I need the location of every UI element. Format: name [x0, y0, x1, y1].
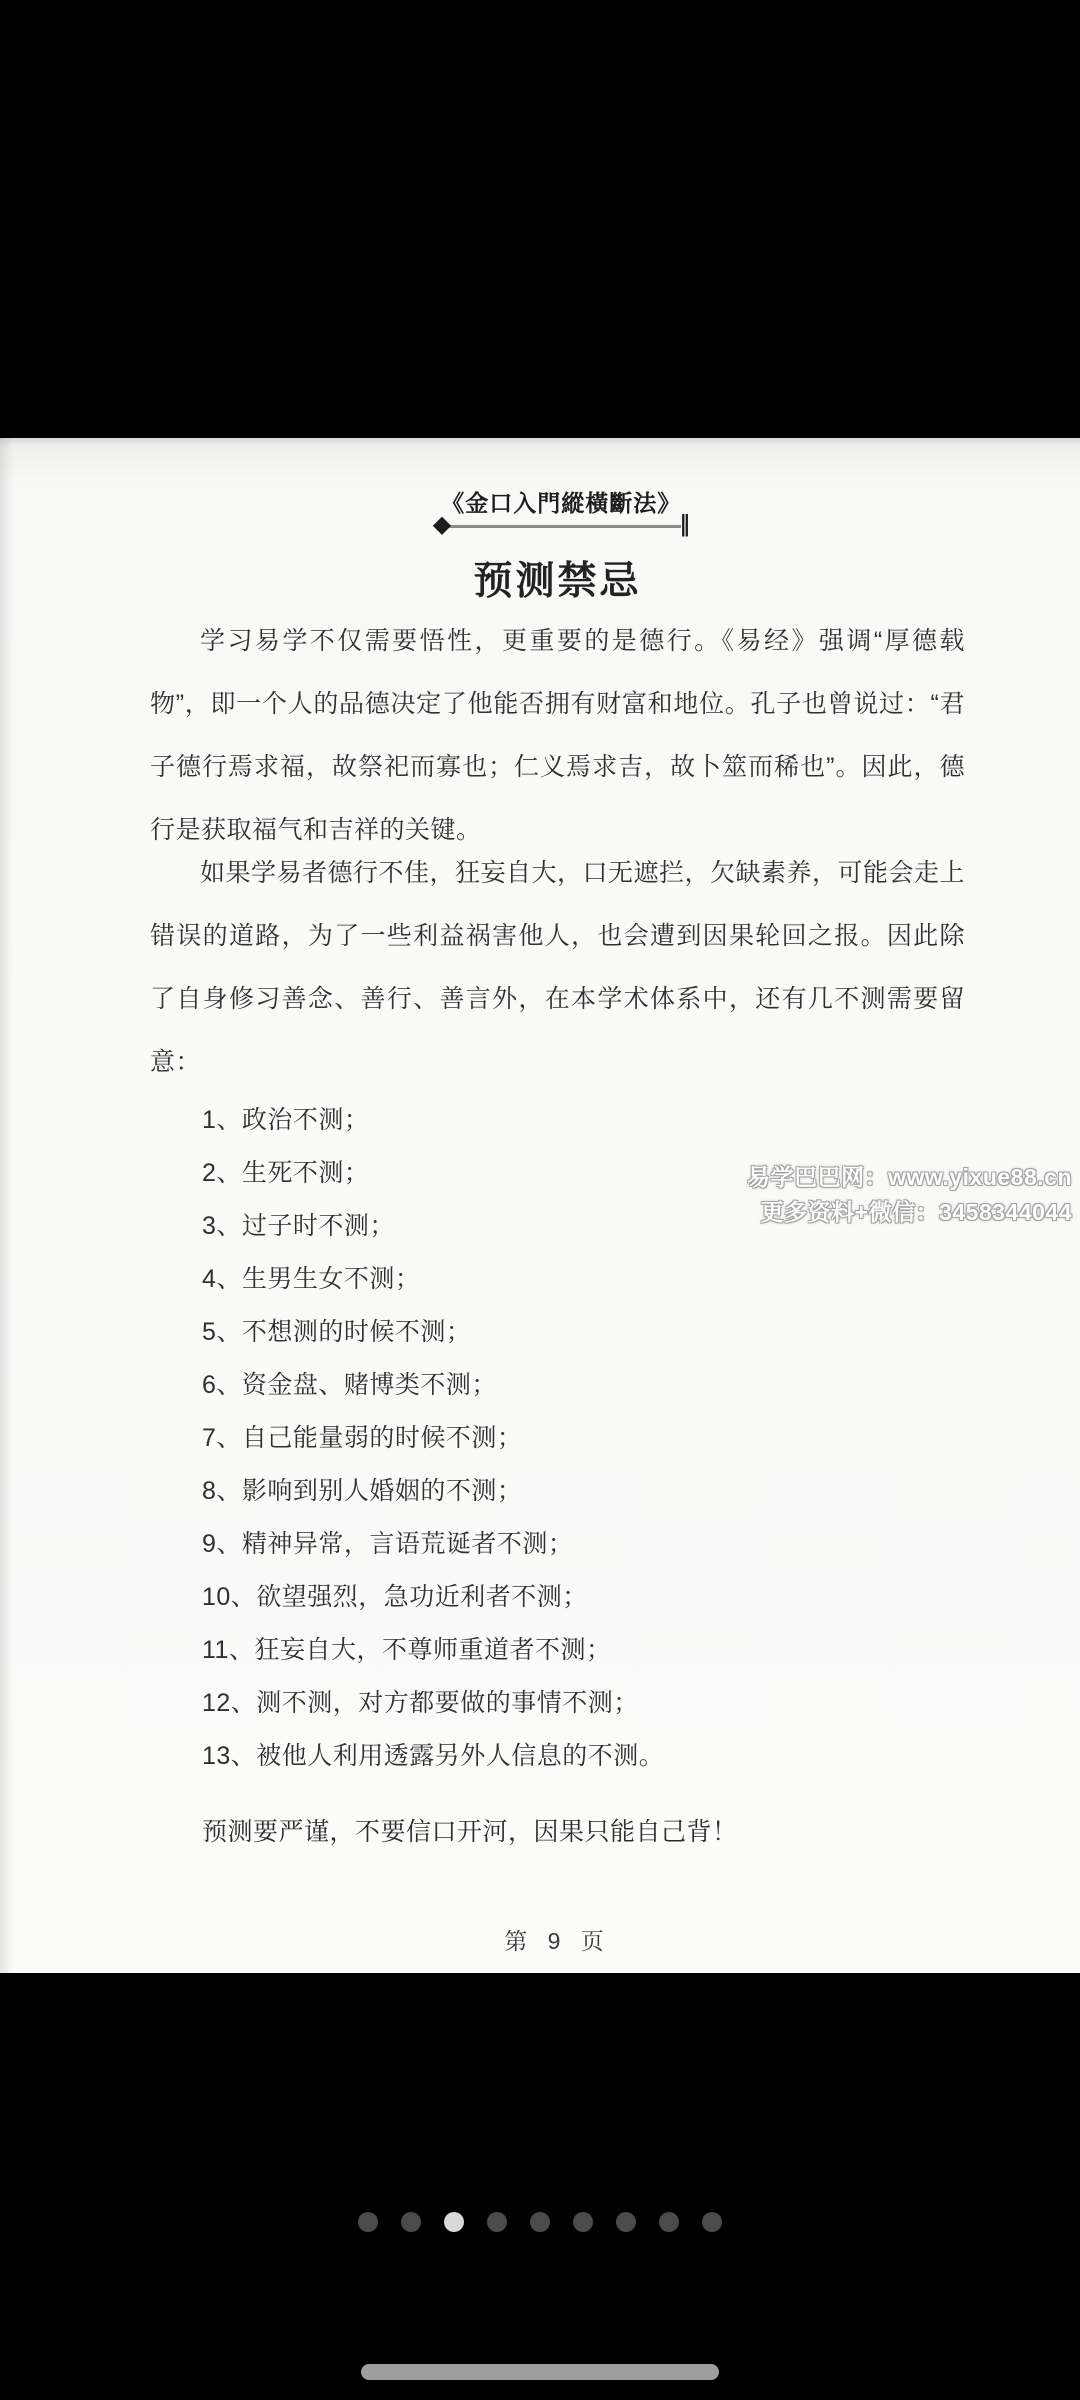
taboo-list-item: 13、被他人利用透露另外人信息的不测。: [202, 1730, 965, 1783]
book-header: ◆ 《金口入門縱橫斷法》 ‖: [150, 464, 965, 528]
home-indicator[interactable]: [361, 2364, 719, 2380]
taboo-list-item: 5、不想测的时候不测；: [202, 1306, 965, 1359]
pager-dot[interactable]: [659, 2212, 679, 2232]
reader-screen: ◆ 《金口入門縱橫斷法》 ‖ 预测禁忌 学习易学不仅需要悟性，更重要的是德行。《…: [0, 0, 1080, 2400]
page-indicator-dots: [0, 2212, 1080, 2232]
taboo-list-item: 9、精神异常，言语荒诞者不测；: [202, 1518, 965, 1571]
paragraph: 学习易学不仅需要悟性，更重要的是德行。《易经》强调“厚德载物”，即一个人的品德决…: [150, 610, 965, 862]
page-number: 第 9 页: [150, 1923, 965, 1956]
pager-dot[interactable]: [573, 2212, 593, 2232]
pager-dot[interactable]: [702, 2212, 722, 2232]
pager-dot[interactable]: [530, 2212, 550, 2232]
pager-dot[interactable]: [444, 2212, 464, 2232]
pager-dot[interactable]: [616, 2212, 636, 2232]
double-bar-ornament-icon: ‖: [679, 511, 690, 537]
taboo-list-item: 7、自己能量弱的时候不测；: [202, 1412, 965, 1465]
phone-screen: { "header": { "book_title": "《金口入門縱橫斷法》"…: [0, 0, 1080, 2400]
book-title: 《金口入門縱橫斷法》: [441, 485, 681, 528]
taboo-list-item: 2、生死不测；: [202, 1147, 965, 1200]
taboo-list-item: 1、政治不测；: [202, 1094, 965, 1147]
document-page[interactable]: ◆ 《金口入門縱橫斷法》 ‖ 预测禁忌 学习易学不仅需要悟性，更重要的是德行。《…: [0, 438, 1080, 1973]
pager-dot[interactable]: [401, 2212, 421, 2232]
taboo-list-item: 3、过子时不测；: [202, 1200, 965, 1253]
pager-dot[interactable]: [487, 2212, 507, 2232]
taboo-list-item: 4、生男生女不测；: [202, 1253, 965, 1306]
taboo-list-item: 6、资金盘、赌博类不测；: [202, 1359, 965, 1412]
paragraph: 如果学易者德行不佳，狂妄自大，口无遮拦，欠缺素养，可能会走上错误的道路，为了一些…: [150, 842, 965, 1094]
diamond-ornament-icon: ◆: [433, 510, 451, 538]
taboo-list-item: 11、狂妄自大，不尊师重道者不测；: [202, 1624, 965, 1677]
taboo-list-item: 8、影响到别人婚姻的不测；: [202, 1465, 965, 1518]
closing-line: 预测要严谨，不要信口开河，因果只能自己背！: [202, 1815, 965, 1849]
intro-paragraphs: 学习易学不仅需要悟性，更重要的是德行。《易经》强调“厚德载物”，即一个人的品德决…: [150, 610, 965, 1094]
taboo-list-item: 12、测不测，对方都要做的事情不测；: [202, 1677, 965, 1730]
taboo-list: 1、政治不测；2、生死不测；3、过子时不测；4、生男生女不测；5、不想测的时候不…: [150, 1094, 965, 1783]
page-title: 预测禁忌: [150, 560, 965, 604]
pager-dot[interactable]: [358, 2212, 378, 2232]
taboo-list-item: 10、欲望强烈，急功近利者不测；: [202, 1571, 965, 1624]
